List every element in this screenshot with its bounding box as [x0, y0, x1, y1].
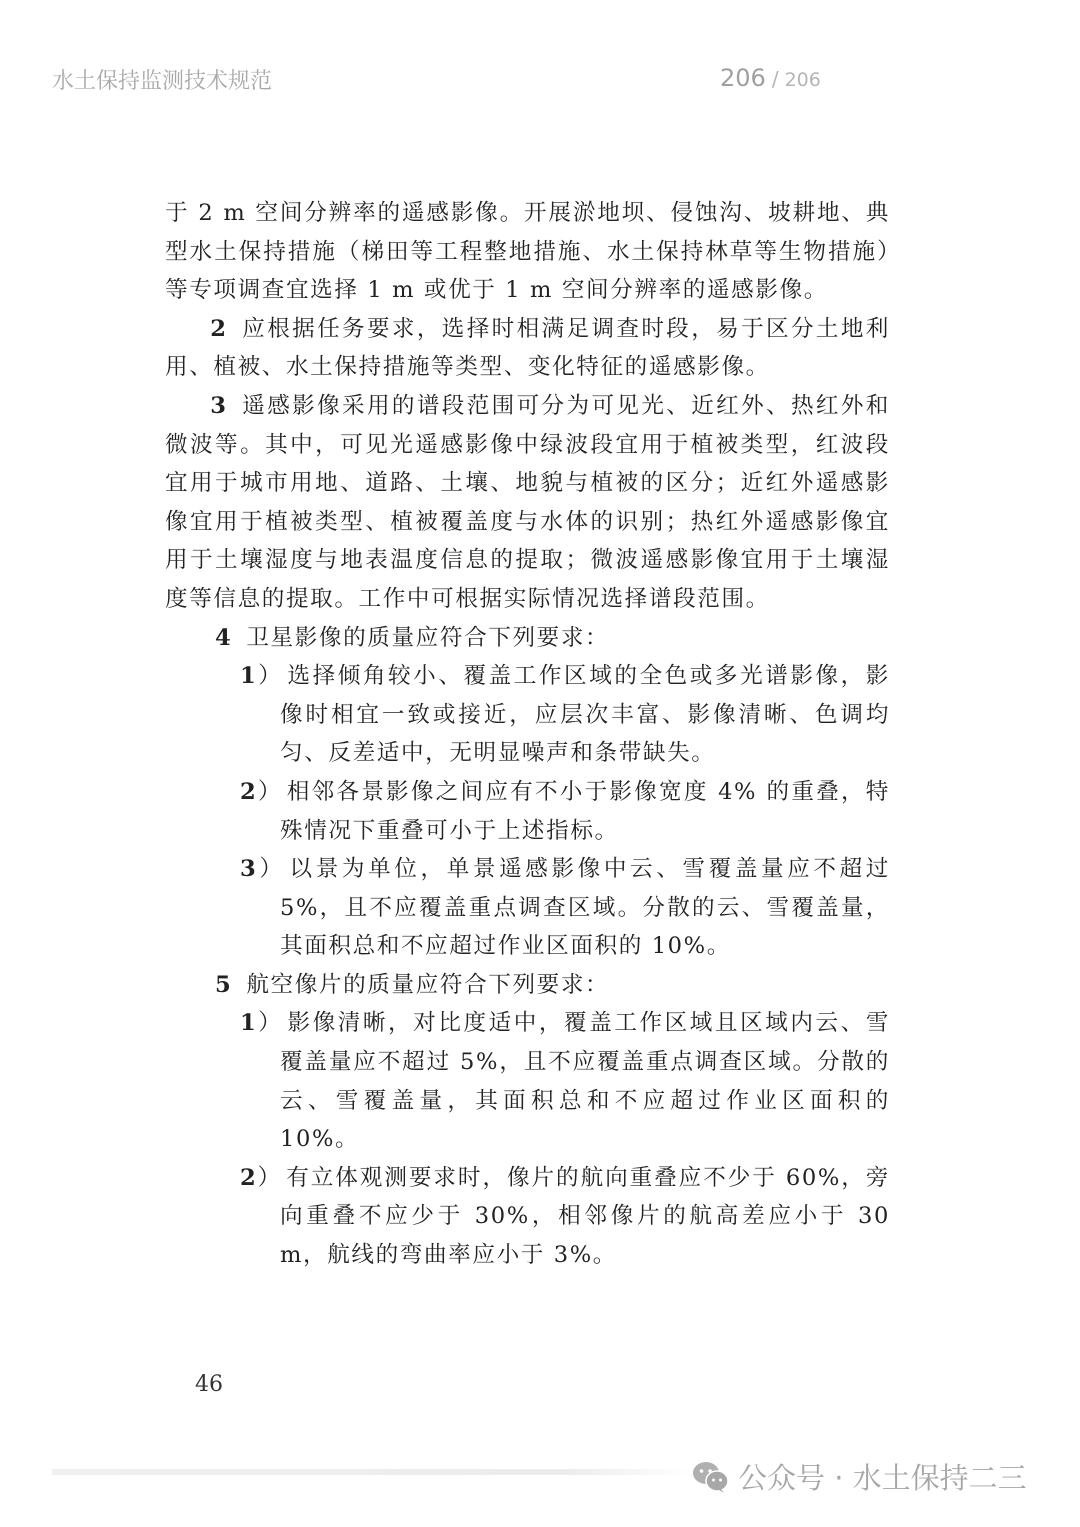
- subitem: 1）选择倾角较小、覆盖工作区域的全色或多光谱影像，影像时相宜一致或接近，应层次丰…: [280, 657, 890, 773]
- subitem-text: 相邻各景影像之间应有不小于影像宽度 4% 的重叠，特殊情况下重叠可小于上述指标。: [280, 779, 890, 844]
- item-number: 5: [215, 972, 232, 998]
- watermark: 公众号 · 水土保持二三: [692, 1456, 1027, 1497]
- item-text: 应根据任务要求，选择时相满足调查时段，易于区分土地利用、植被、水土保持措施等类型…: [165, 316, 890, 381]
- subitem: 3）以景为单位，单景遥感影像中云、雪覆盖量应不超过 5%，且不应覆盖重点调查区域…: [280, 850, 890, 966]
- subitem: 2）相邻各景影像之间应有不小于影像宽度 4% 的重叠，特殊情况下重叠可小于上述指…: [280, 773, 890, 850]
- watermark-text: 公众号 · 水土保持二三: [738, 1456, 1027, 1497]
- document-title: 水土保持监测技术规范: [52, 64, 272, 95]
- subitem: 2）有立体观测要求时，像片的航向重叠应不少于 60%，旁向重叠不应少于 30%，…: [280, 1159, 890, 1275]
- item-5: 5航空像片的质量应符合下列要求：: [165, 966, 890, 1005]
- item-text: 遥感影像采用的谱段范围可分为可见光、近红外、热红外和微波等。其中，可见光遥感影像…: [165, 393, 890, 612]
- page-number: 46: [195, 1372, 223, 1397]
- item-text: 卫星影像的质量应符合下列要求：: [246, 625, 609, 651]
- page-counter: 206 / 206: [720, 64, 821, 92]
- subitem-text: 以景为单位，单景遥感影像中云、雪覆盖量应不超过 5%，且不应覆盖重点调查区域。分…: [280, 856, 890, 959]
- item-4-subitems: 1）选择倾角较小、覆盖工作区域的全色或多光谱影像，影像时相宜一致或接近，应层次丰…: [165, 657, 890, 966]
- current-page: 206: [720, 64, 766, 92]
- item-5-subitems: 1）影像清晰，对比度适中，覆盖工作区域且区域内云、雪覆盖量应不超过 5%，且不应…: [165, 1004, 890, 1274]
- item-text: 航空像片的质量应符合下列要求：: [246, 972, 609, 998]
- continuation-paragraph: 于 2 m 空间分辨率的遥感影像。开展淤地坝、侵蚀沟、坡耕地、典型水土保持措施（…: [165, 194, 890, 310]
- wechat-icon: [692, 1460, 730, 1494]
- subitem: 1）影像清晰，对比度适中，覆盖工作区域且区域内云、雪覆盖量应不超过 5%，且不应…: [280, 1004, 890, 1158]
- item-2: 2应根据任务要求，选择时相满足调查时段，易于区分土地利用、植被、水土保持措施等类…: [165, 310, 890, 387]
- item-number: 2: [210, 316, 227, 342]
- item-number: 4: [215, 625, 232, 651]
- subitem-text: 选择倾角较小、覆盖工作区域的全色或多光谱影像，影像时相宜一致或接近，应层次丰富、…: [280, 663, 890, 766]
- item-3: 3遥感影像采用的谱段范围可分为可见光、近红外、热红外和微波等。其中，可见光遥感影…: [165, 387, 890, 619]
- item-number: 3: [210, 393, 227, 419]
- page-separator: /: [772, 67, 779, 91]
- subitem-text: 有立体观测要求时，像片的航向重叠应不少于 60%，旁向重叠不应少于 30%，相邻…: [280, 1165, 890, 1268]
- item-4: 4卫星影像的质量应符合下列要求：: [165, 619, 890, 658]
- document-body: 于 2 m 空间分辨率的遥感影像。开展淤地坝、侵蚀沟、坡耕地、典型水土保持措施（…: [165, 194, 890, 1275]
- footer-divider: [52, 1469, 692, 1475]
- subitem-text: 影像清晰，对比度适中，覆盖工作区域且区域内云、雪覆盖量应不超过 5%，且不应覆盖…: [280, 1010, 890, 1152]
- total-pages: 206: [785, 69, 821, 91]
